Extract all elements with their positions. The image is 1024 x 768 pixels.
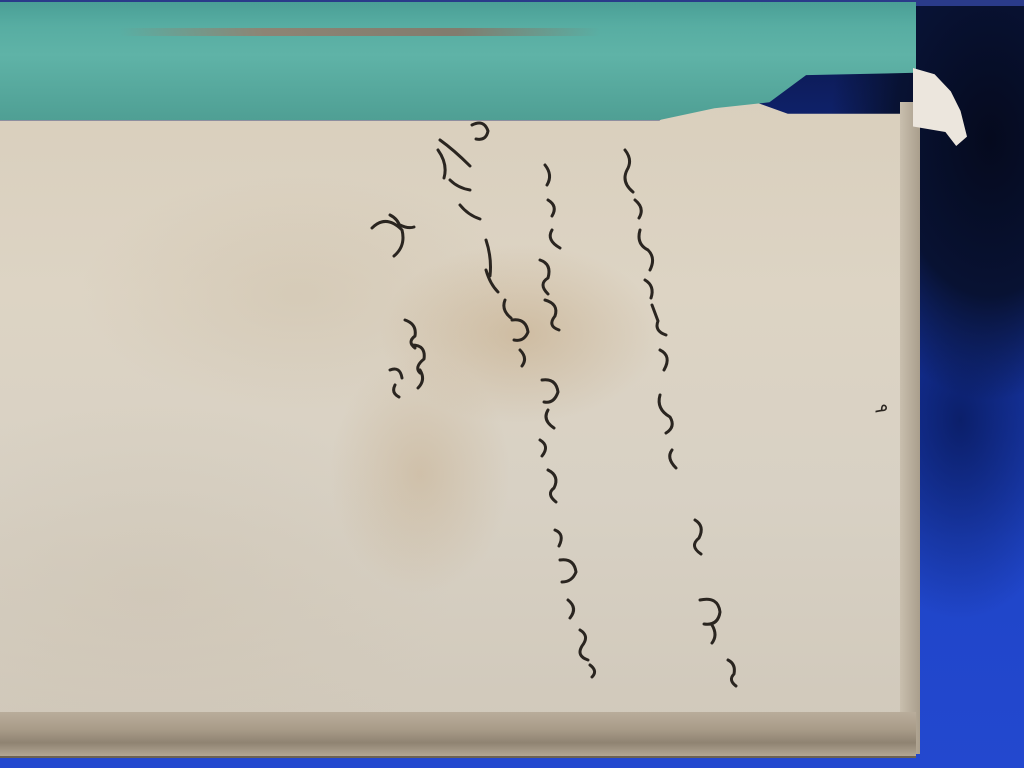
handwriting-line-1 <box>625 150 736 686</box>
handwriting-strokes <box>0 0 1024 768</box>
page-number: ٩ <box>870 404 891 414</box>
handwriting-line-2 <box>540 165 595 677</box>
handwriting-signature <box>372 215 424 397</box>
handwriting-line-3 <box>438 123 528 366</box>
